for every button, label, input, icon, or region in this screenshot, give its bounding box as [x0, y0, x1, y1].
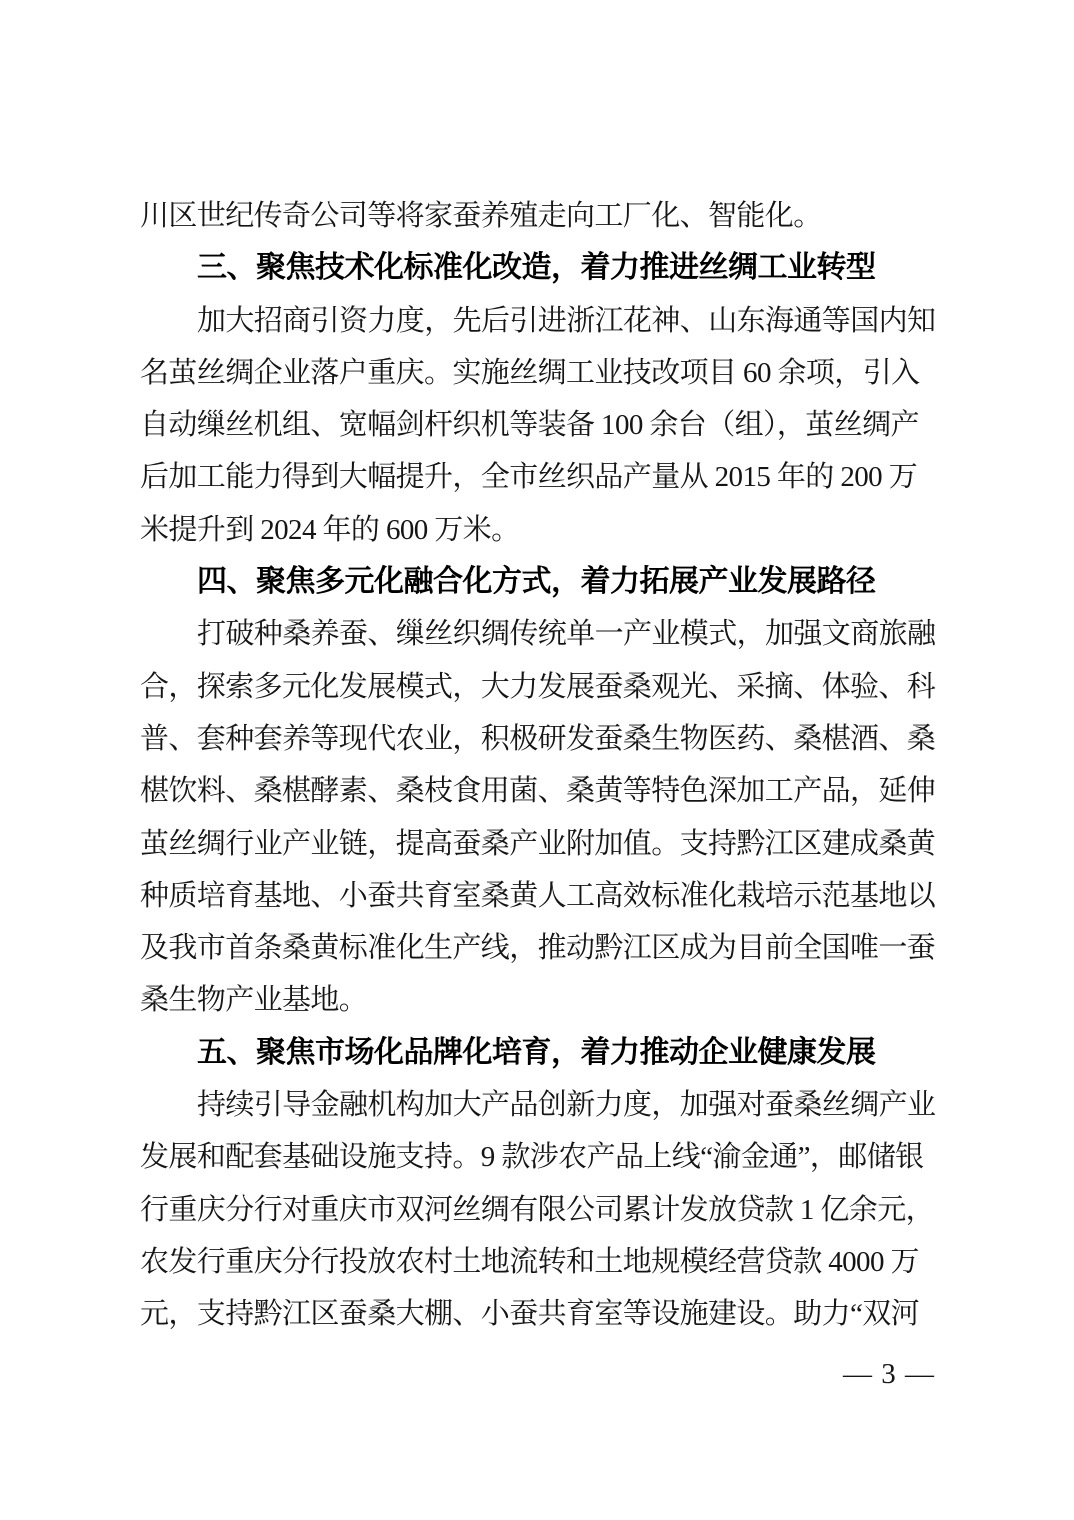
text-line: 椹饮料、桑椹酵素、桑枝食用菌、桑黄等特色深加工产品，延伸 — [140, 765, 940, 817]
text-line: 种质培育基地、小蚕共育室桑黄人工高效标准化栽培示范基地以 — [140, 870, 940, 922]
text-line: 桑生物产业基地。 — [140, 974, 940, 1026]
text-line: 米提升到 2024 年的 600 万米。 — [140, 504, 940, 556]
text-line: 行重庆分行对重庆市双河丝绸有限公司累计发放贷款 1 亿余元， — [140, 1184, 940, 1236]
text-line: 及我市首条桑黄标准化生产线，推动黔江区成为目前全国唯一蚕 — [140, 922, 940, 974]
text-line: 后加工能力得到大幅提升，全市丝织品产量从 2015 年的 200 万 — [140, 451, 940, 503]
text-line: 茧丝绸行业产业链，提高蚕桑产业附加值。支持黔江区建成桑黄 — [140, 818, 940, 870]
text-line: 持续引导金融机构加大产品创新力度，加强对蚕桑丝绸产业 — [140, 1079, 940, 1131]
text-line: 普、套种套养等现代农业，积极研发蚕桑生物医药、桑椹酒、桑 — [140, 713, 940, 765]
section-heading-5: 五、聚焦市场化品牌化培育，着力推动企业健康发展 — [140, 1027, 940, 1079]
text-line: 加大招商引资力度，先后引进浙江花神、山东海通等国内知 — [140, 295, 940, 347]
document-body: 川区世纪传奇公司等将家蚕养殖走向工厂化、智能化。 三、聚焦技术化标准化改造，着力… — [140, 190, 940, 1341]
text-line: 农发行重庆分行投放农村土地流转和土地规模经营贷款 4000 万 — [140, 1236, 940, 1288]
text-line: 打破种桑养蚕、缫丝织绸传统单一产业模式，加强文商旅融 — [140, 608, 940, 660]
text-line: 川区世纪传奇公司等将家蚕养殖走向工厂化、智能化。 — [140, 190, 940, 242]
text-line: 合，探索多元化发展模式，大力发展蚕桑观光、采摘、体验、科 — [140, 661, 940, 713]
section-heading-4: 四、聚焦多元化融合化方式，着力拓展产业发展路径 — [140, 556, 940, 608]
page-number: — 3 — — [843, 1358, 935, 1391]
text-line: 发展和配套基础设施支持。9 款涉农产品上线“渝金通”，邮储银 — [140, 1131, 940, 1183]
document-page: 川区世纪传奇公司等将家蚕养殖走向工厂化、智能化。 三、聚焦技术化标准化改造，着力… — [0, 0, 1074, 1520]
text-line: 自动缫丝机组、宽幅剑杆织机等装备 100 余台（组），茧丝绸产 — [140, 399, 940, 451]
text-line: 名茧丝绸企业落户重庆。实施丝绸工业技改项目 60 余项，引入 — [140, 347, 940, 399]
text-line: 元，支持黔江区蚕桑大棚、小蚕共育室等设施建设。助力“双河 — [140, 1288, 940, 1340]
section-heading-3: 三、聚焦技术化标准化改造，着力推进丝绸工业转型 — [140, 242, 940, 294]
